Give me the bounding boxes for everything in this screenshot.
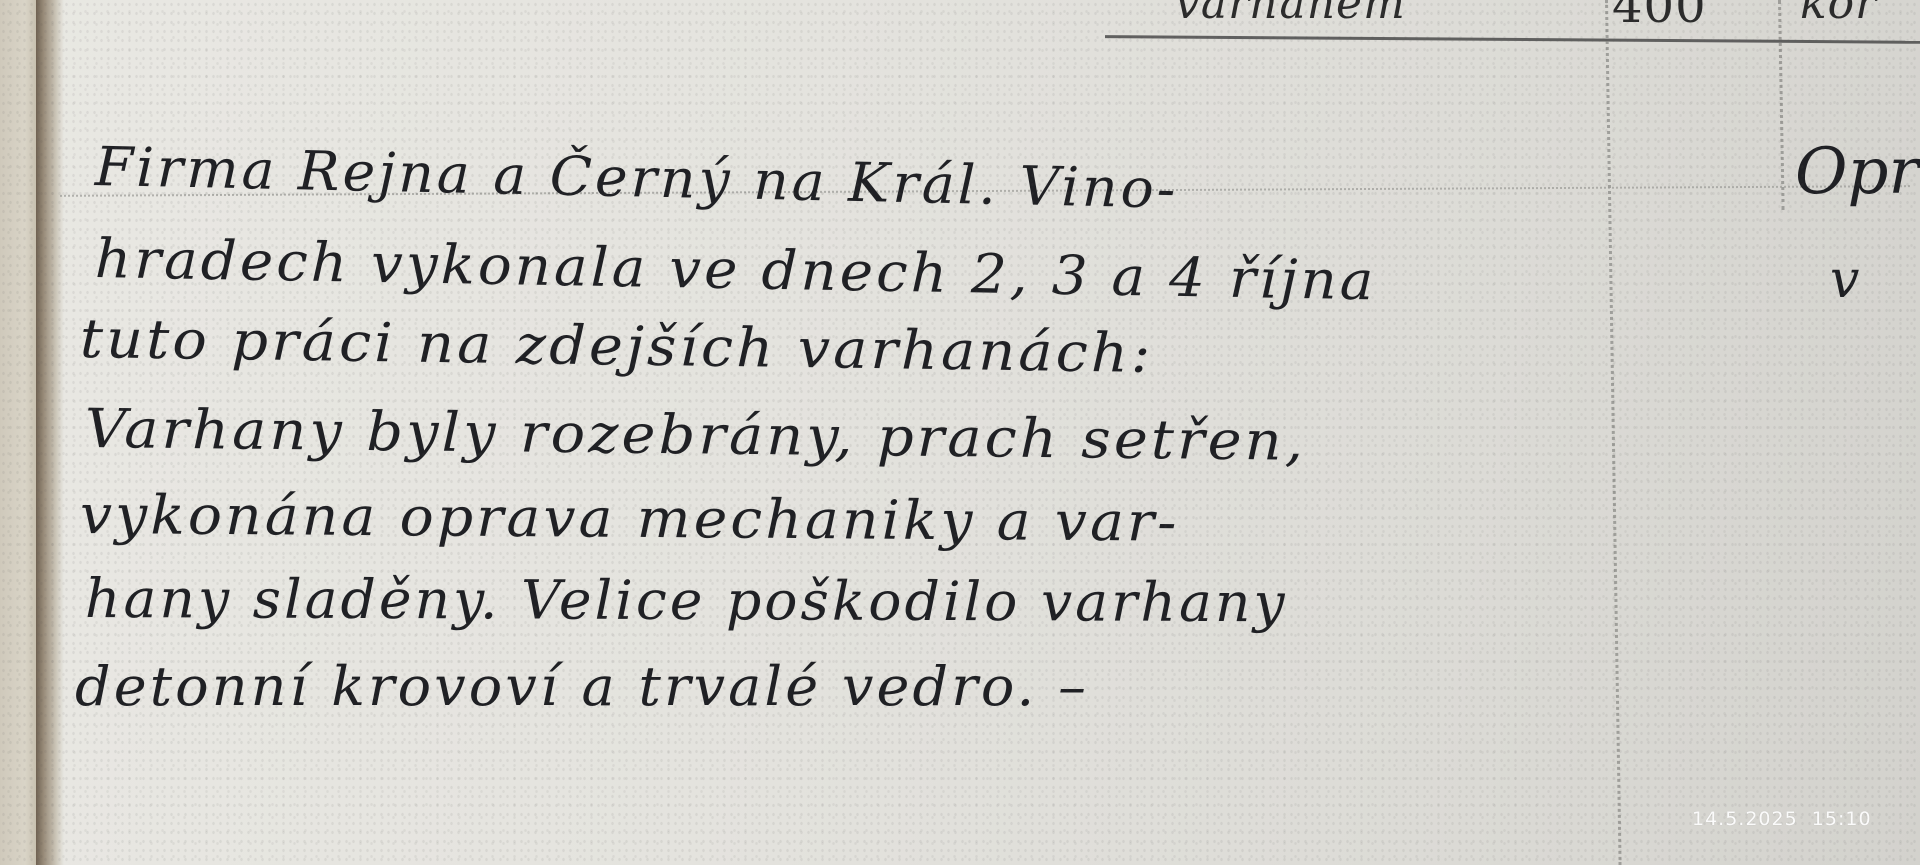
margin-note: v <box>1830 250 1859 310</box>
column-rule <box>1778 0 1785 210</box>
header-fragment: kor <box>1800 0 1877 29</box>
book-binding <box>36 0 64 865</box>
camera-timestamp: 14.5.2025 15:10 <box>1692 808 1872 830</box>
handwritten-line: Firma Rejna a Černý na Král. Vino- <box>94 140 1179 217</box>
margin-note: Opr <box>1795 135 1919 209</box>
handwritten-line: hradech vykonala ve dnech 2, 3 a 4 října <box>95 232 1377 308</box>
header-fragment-number: 400 <box>1612 0 1707 34</box>
header-fragment: varhanem <box>1175 0 1406 29</box>
handwritten-line: tuto práci na zdejších varhanách: <box>80 312 1154 381</box>
handwritten-line: detonní krovoví a trvalé vedro. – <box>75 660 1089 714</box>
left-page-edge <box>0 0 36 865</box>
handwritten-line: hany sladěny. Velice poškodilo varhany <box>85 572 1288 630</box>
handwritten-line: Varhany byly rozebrány, prach setřen, <box>85 402 1307 469</box>
document-photo: varhanem 400 kor Firma Rejna a Černý na … <box>0 0 1920 865</box>
handwritten-line: vykonána oprava mechaniky a var- <box>80 488 1180 550</box>
header-rule-line <box>1105 35 1920 44</box>
column-rule <box>1605 0 1622 865</box>
